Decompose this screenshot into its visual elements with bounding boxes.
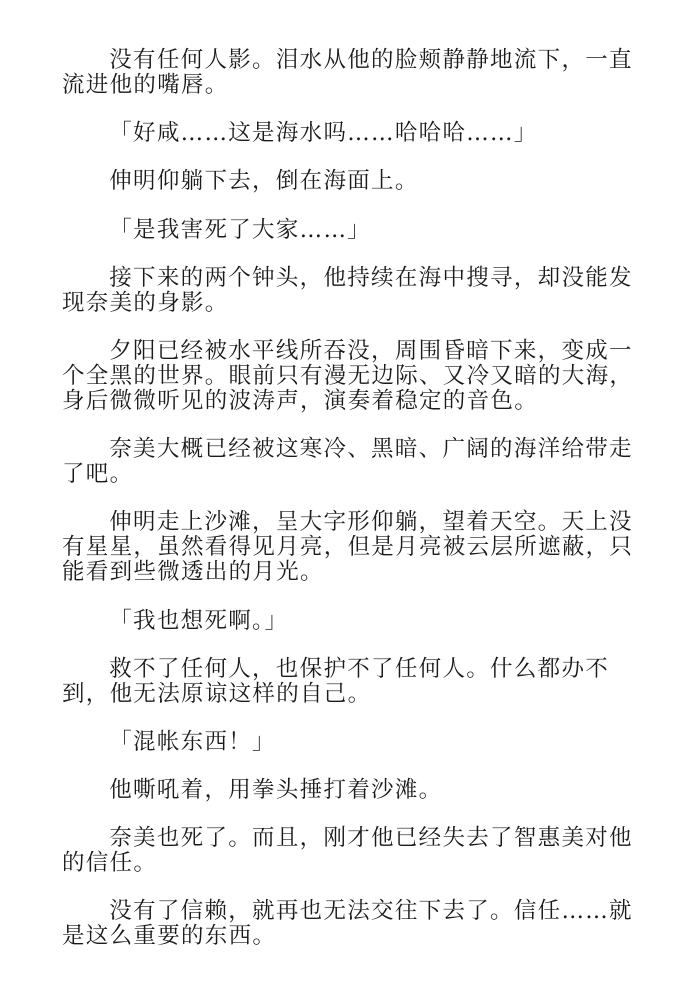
paragraph: 救不了任何人，也保护不了任何人。什么都办不到，他无法原谅这样的自己。	[62, 657, 636, 707]
paragraph: 接下来的两个钟头，他持续在海中搜寻，却没能发现奈美的身影。	[62, 266, 636, 316]
paragraph: 伸明仰躺下去，倒在海面上。	[62, 169, 636, 194]
paragraph: 没有任何人影。泪水从他的脸颊静静地流下，一直流进他的嘴唇。	[62, 48, 636, 98]
paragraph: 伸明走上沙滩，呈大字形仰躺，望着天空。天上没有星星，虽然看得见月亮，但是月亮被云…	[62, 510, 636, 585]
dialogue-paragraph: 「我也想死啊。」	[62, 609, 636, 634]
paragraph: 奈美也死了。而且，刚才他已经失去了智惠美对他的信任。	[62, 826, 636, 876]
document-page: 没有任何人影。泪水从他的脸颊静静地流下，一直流进他的嘴唇。 「好咸……这是海水吗…	[62, 48, 636, 973]
paragraph: 没有了信赖，就再也无法交往下去了。信任……就是这么重要的东西。	[62, 899, 636, 949]
dialogue-paragraph: 「好咸……这是海水吗……哈哈哈……」	[62, 121, 636, 146]
dialogue-paragraph: 「是我害死了大家……」	[62, 218, 636, 243]
paragraph: 奈美大概已经被这寒冷、黑暗、广阔的海洋给带走了吧。	[62, 437, 636, 487]
dialogue-paragraph: 「混帐东西！」	[62, 730, 636, 755]
paragraph: 夕阳已经被水平线所吞没，周围昏暗下来，变成一个全黑的世界。眼前只有漫无边际、又冷…	[62, 339, 636, 414]
paragraph: 他嘶吼着，用拳头捶打着沙滩。	[62, 778, 636, 803]
